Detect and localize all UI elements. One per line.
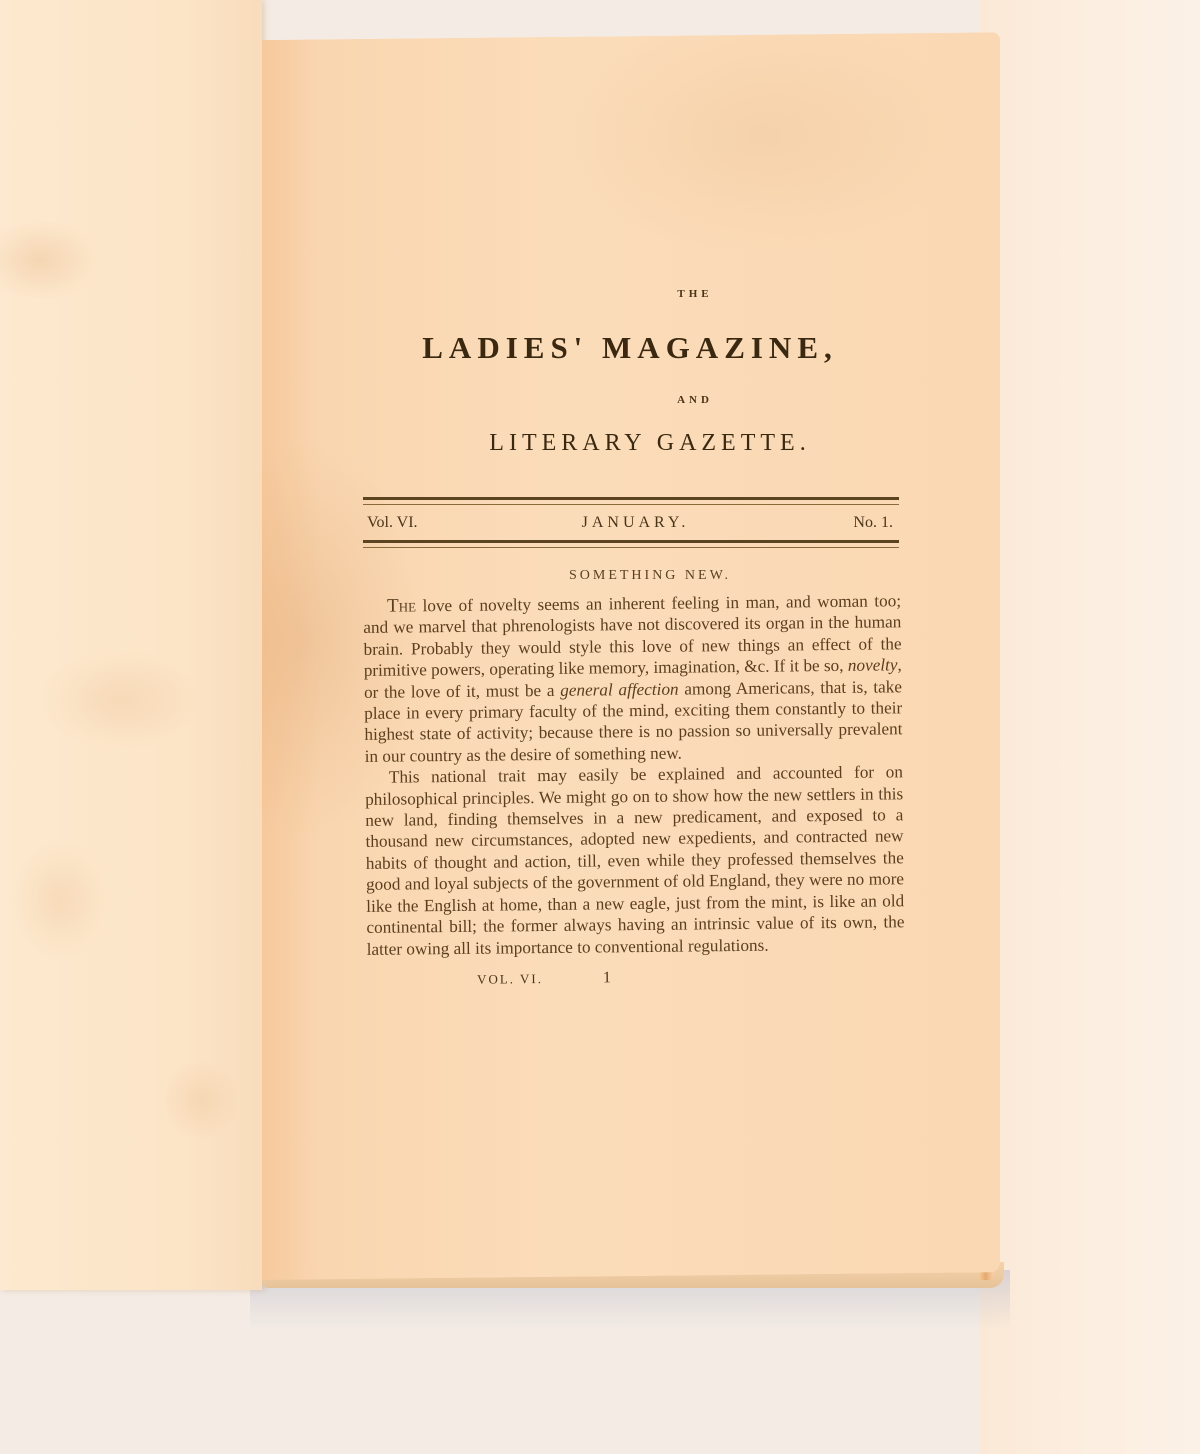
- header-the: THE: [485, 288, 905, 300]
- page-footer: VOL. VI. 1: [367, 964, 905, 991]
- emphasis-novelty: novelty: [848, 656, 898, 676]
- header-and: AND: [485, 394, 905, 406]
- article-title: SOMETHING NEW.: [355, 568, 905, 584]
- masthead-block: Vol. VI. JANUARY. No. 1.: [355, 497, 905, 548]
- article-paragraph-1: The love of novelty seems an inherent fe…: [363, 590, 903, 767]
- lead-word: The: [387, 595, 416, 616]
- top-rule-divider: [363, 497, 899, 505]
- background-surface: [980, 0, 1200, 1454]
- title-page-content: THE LADIES' MAGAZINE, AND LITERARY GAZET…: [355, 280, 905, 991]
- bottom-rule-divider: [363, 540, 899, 548]
- left-page-flyleaf: [0, 0, 262, 1290]
- page-number: 1: [603, 967, 611, 988]
- masthead: Vol. VI. JANUARY. No. 1.: [355, 505, 905, 540]
- magazine-title: LADIES' MAGAZINE,: [355, 330, 905, 366]
- volume-label: Vol. VI.: [367, 514, 418, 532]
- article-body: The love of novelty seems an inherent fe…: [355, 590, 909, 991]
- emphasis-general-affection: general affection: [560, 679, 679, 699]
- issue-month: JANUARY.: [582, 514, 690, 532]
- signature-mark: VOL. VI.: [477, 968, 543, 990]
- magazine-subtitle: LITERARY GAZETTE.: [355, 430, 905, 457]
- article-paragraph-2: This national trait may easily be explai…: [365, 762, 905, 960]
- paragraph-text: love of novelty seems an inherent feelin…: [363, 591, 901, 680]
- issue-number: No. 1.: [853, 514, 893, 532]
